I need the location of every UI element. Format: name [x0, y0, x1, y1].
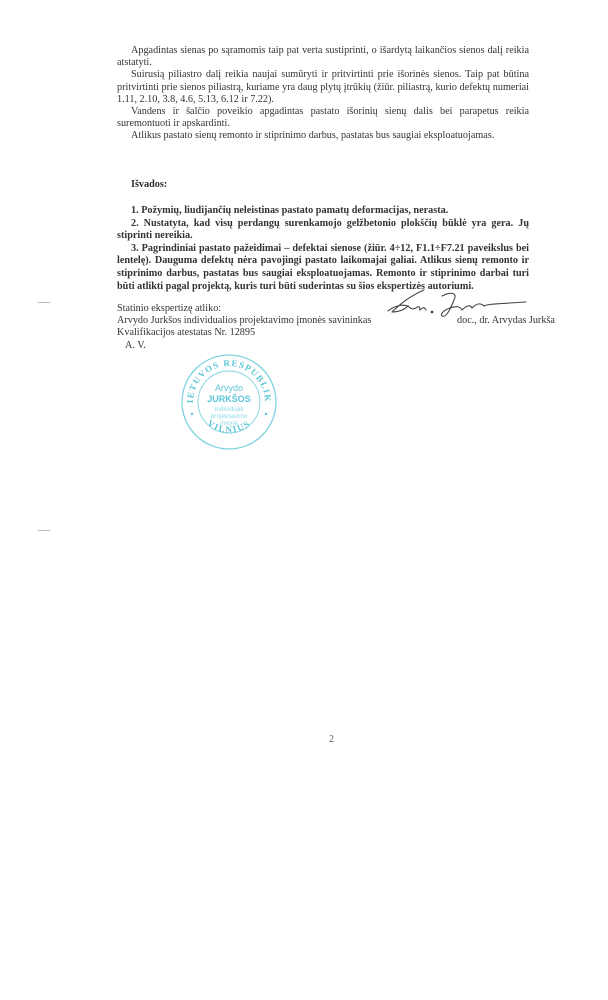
- paragraph: Vandens ir šalčio poveikio apgadintas pa…: [117, 106, 529, 130]
- svg-text:įmonė: įmonė: [220, 420, 238, 427]
- scan-mark: [38, 530, 50, 531]
- seal-place-label: A. V.: [117, 340, 371, 352]
- company-stamp: LIETUVOS RESPUBLIKA VILNIUS Arvydo JURKŠ…: [179, 352, 279, 452]
- signature-label: Statinio ekspertizę atliko:: [117, 303, 371, 315]
- page-number: 2: [329, 734, 334, 745]
- qualification-certificate: Kvalifikacijos atestatas Nr. 12895: [117, 327, 371, 339]
- conclusions-list: 1. Požymių, liudijančių neleistinas past…: [117, 205, 529, 293]
- signature-block: Statinio ekspertizę atliko: Arvydo Jurkš…: [117, 303, 371, 352]
- conclusions-heading: Išvados:: [131, 179, 167, 190]
- scan-mark: [38, 302, 50, 303]
- document-page: Apgadintas sienas po sąramomis taip pat …: [0, 0, 608, 1000]
- paragraph: Apgadintas sienas po sąramomis taip pat …: [117, 45, 529, 69]
- conclusion-item: 2. Nustatyta, kad visų perdangų surenkam…: [117, 218, 529, 243]
- body-text: Apgadintas sienas po sąramomis taip pat …: [117, 45, 529, 143]
- signer-name: doc., dr. Arvydas Jurkša: [457, 315, 555, 326]
- paragraph: Suirusią piliastro dalį reikia naujai su…: [117, 69, 529, 106]
- paragraph: Atlikus pastato sienų remonto ir stiprin…: [117, 130, 529, 142]
- svg-text:individuali: individuali: [215, 406, 244, 413]
- company-owner: Arvydo Jurkšos individualios projektavim…: [117, 315, 371, 327]
- svg-text:projektavimo: projektavimo: [211, 413, 248, 420]
- conclusion-item: 1. Požymių, liudijančių neleistinas past…: [117, 205, 529, 218]
- svg-text:JURKŠOS: JURKŠOS: [207, 393, 251, 404]
- svg-text:Arvydo: Arvydo: [215, 383, 243, 393]
